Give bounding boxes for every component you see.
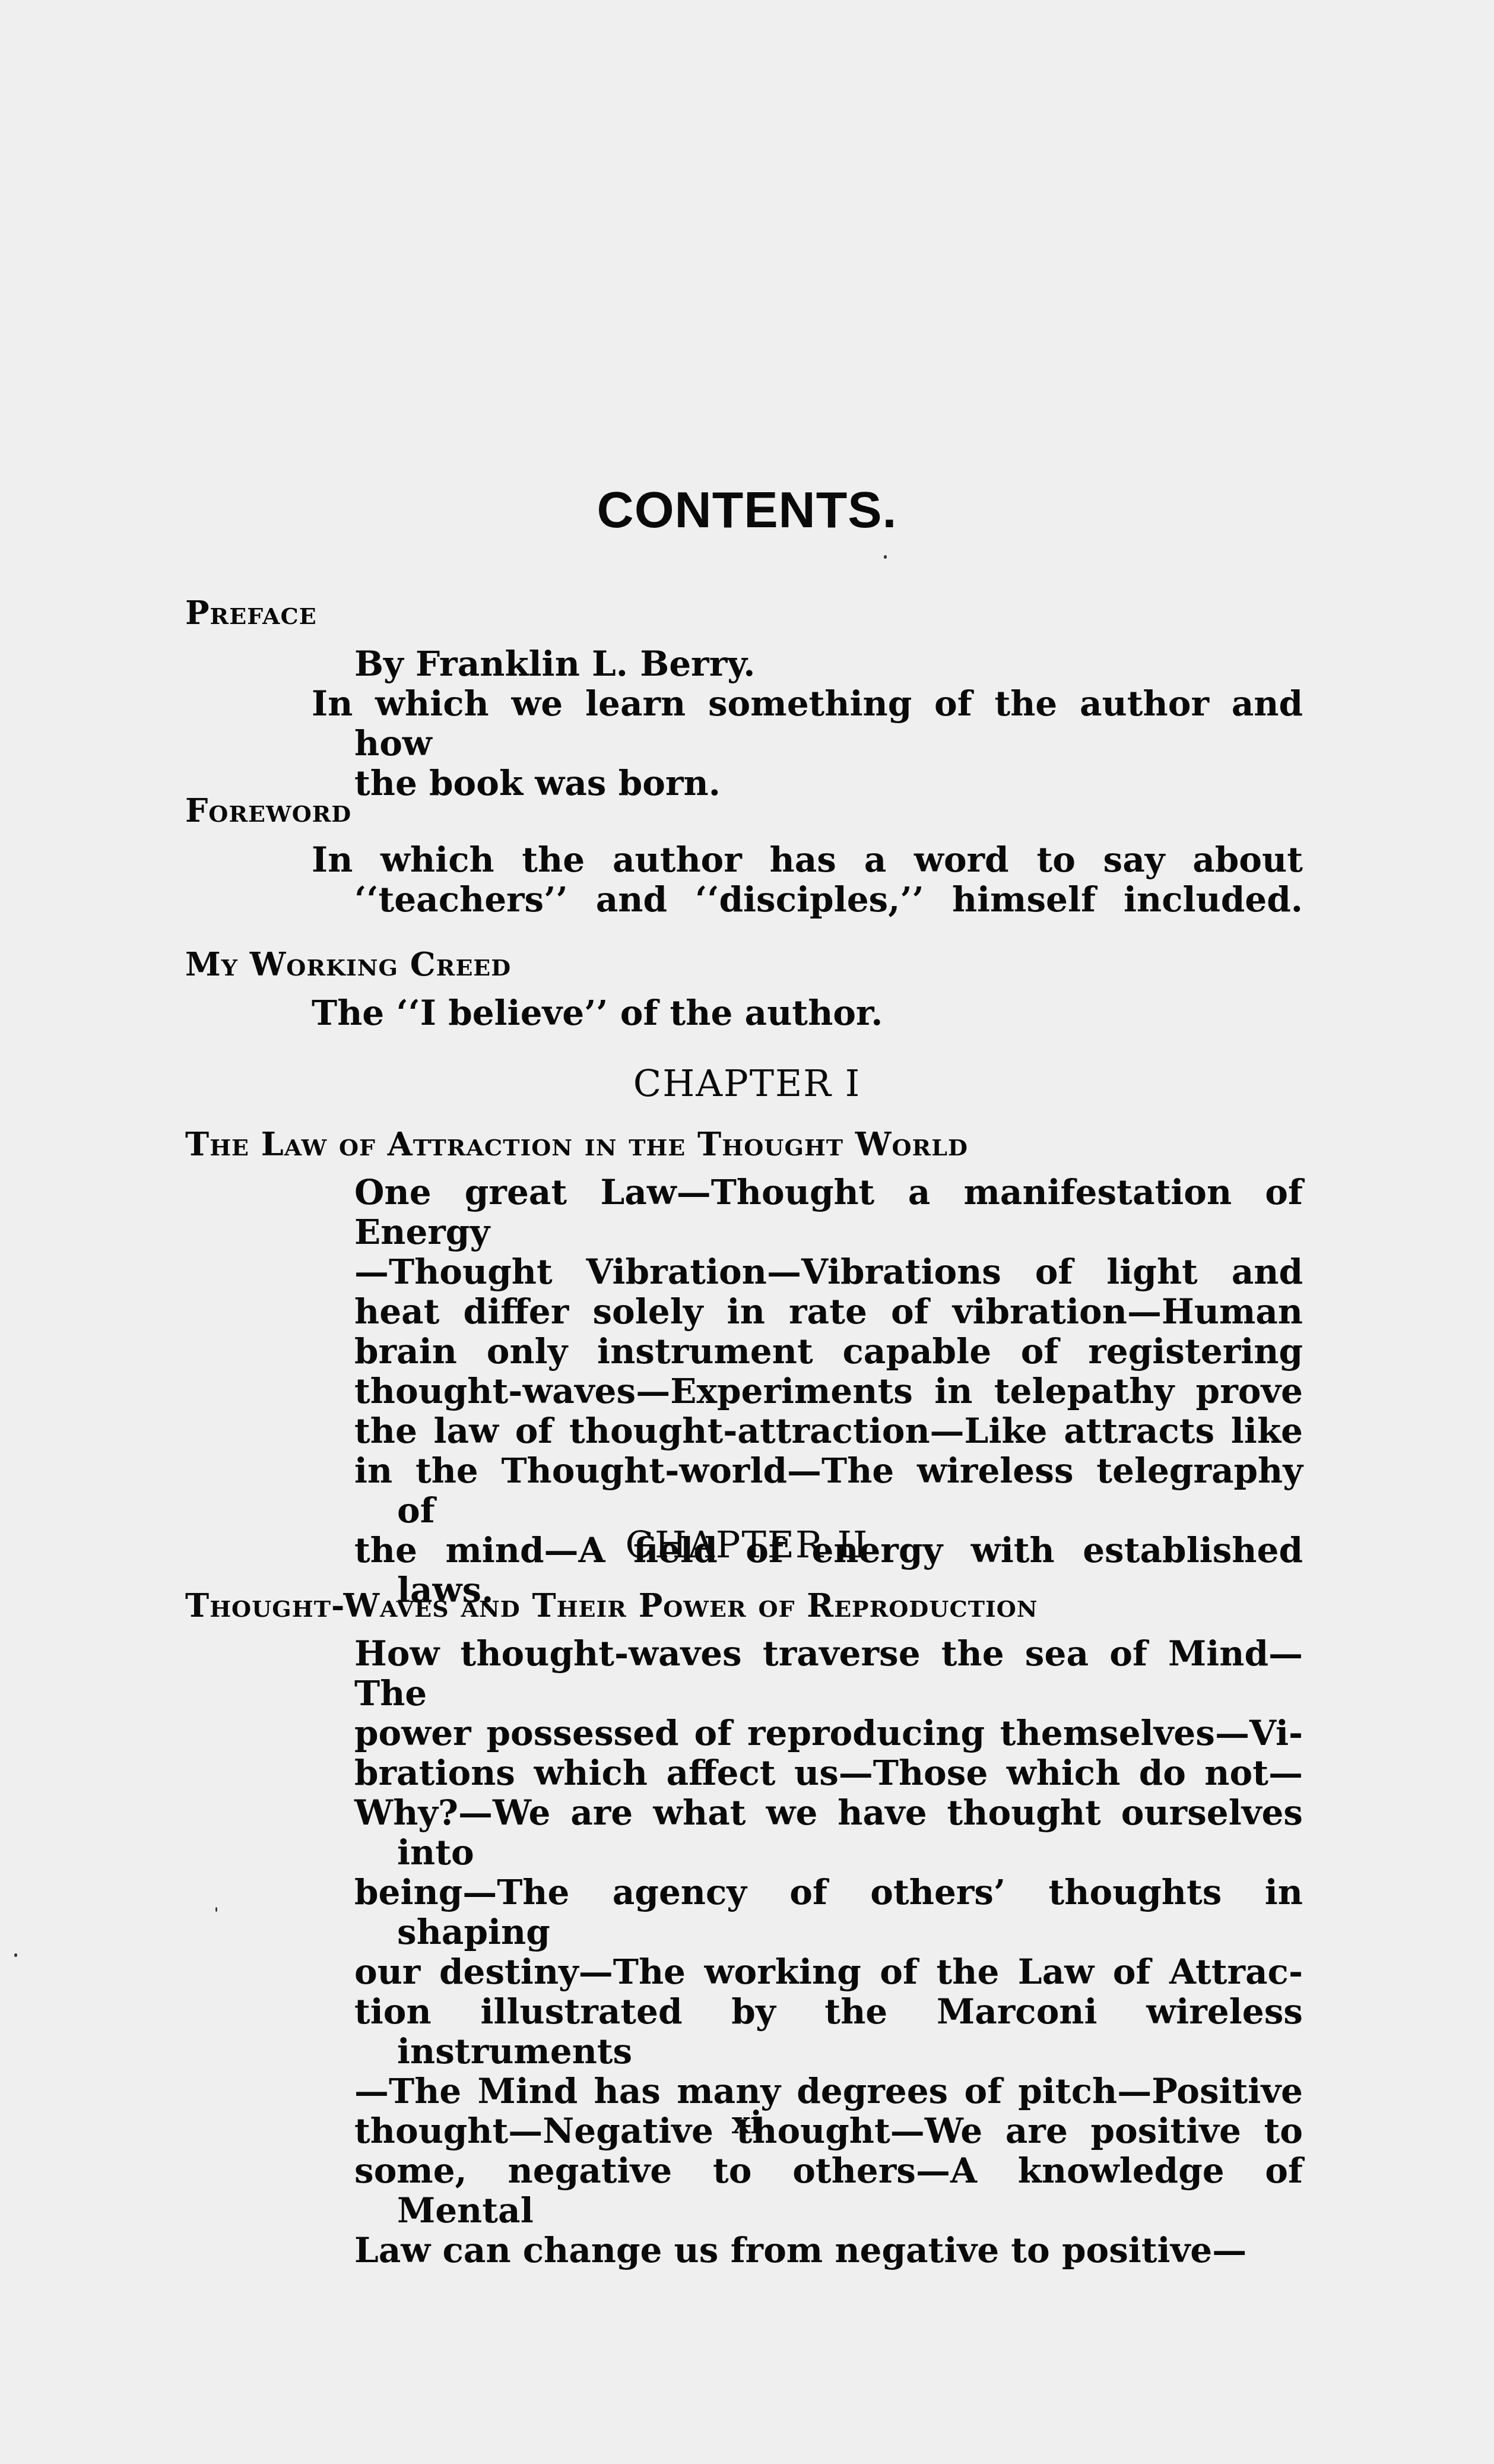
text-line: Why?—We are what we have thought ourselv…: [354, 1793, 1303, 1873]
text-line: brain only instrument capable of registe…: [354, 1332, 1303, 1372]
text-line: the book was born.: [354, 764, 1303, 803]
text-line: in the Thought-world—The wireless telegr…: [354, 1451, 1303, 1531]
chapter-label-1: CHAPTER I: [0, 1062, 1494, 1105]
text-line: power possessed of reproducing themselve…: [354, 1714, 1303, 1753]
section-heading-working-creed: My Working Creed: [185, 945, 511, 983]
text-line: being—The agency of others’ thoughts in …: [354, 1873, 1303, 1952]
chapter-summary-2: How thought-waves traverse the sea of Mi…: [312, 1634, 1303, 2270]
text-line: The ‘‘I believe’’ of the author.: [354, 993, 1303, 1033]
text-line: tion illustrated by the Marconi wireless…: [354, 1992, 1303, 2072]
text-line: In which the author has a word to say ab…: [354, 840, 1303, 880]
print-speck: [675, 2126, 677, 2129]
text-line: Law can change us from negative to posit…: [354, 2231, 1303, 2270]
text-line: the law of thought-attraction—Like attra…: [354, 1411, 1303, 1451]
text-line: our destiny—The working of the Law of At…: [354, 1952, 1303, 1992]
page-number: xi: [0, 2105, 1494, 2141]
chapter-heading-1: The Law of Attraction in the Thought Wor…: [185, 1125, 968, 1163]
print-speck: [215, 1907, 217, 1912]
text-line: By Franklin L. Berry.: [354, 644, 1303, 684]
book-page: CONTENTS. Preface By Franklin L. Berry. …: [0, 0, 1494, 2464]
text-line: ‘‘teachers’’ and ‘‘disciples,’’ himself …: [354, 880, 1303, 920]
section-description-preface: By Franklin L. Berry. In which we learn …: [312, 644, 1303, 803]
text-line: —Thought Vibration—Vibrations of light a…: [354, 1252, 1303, 1292]
text-line: In which we learn something of the autho…: [354, 684, 1303, 764]
text-line: How thought-waves traverse the sea of Mi…: [354, 1634, 1303, 1714]
section-heading-preface: Preface: [185, 594, 317, 632]
section-heading-foreword: Foreword: [185, 791, 351, 829]
text-line: One great Law—Thought a manifestation of…: [354, 1173, 1303, 1252]
section-description-foreword: In which the author has a word to say ab…: [312, 840, 1303, 920]
chapter-heading-2: Thought-Waves and Their Power of Reprodu…: [185, 1586, 1038, 1624]
section-description-working-creed: The ‘‘I believe’’ of the author.: [312, 993, 1303, 1033]
text-line: some, negative to others—A knowledge of …: [354, 2151, 1303, 2231]
chapter-label-2: CHAPTER II: [0, 1523, 1494, 1566]
text-line: heat differ solely in rate of vibration—…: [354, 1292, 1303, 1332]
text-line: brations which affect us—Those which do …: [354, 1753, 1303, 1793]
page-title: CONTENTS.: [0, 481, 1494, 540]
print-speck: [14, 1953, 17, 1957]
text-line: thought-waves—Experiments in telepathy p…: [354, 1372, 1303, 1411]
print-speck: [884, 555, 887, 559]
